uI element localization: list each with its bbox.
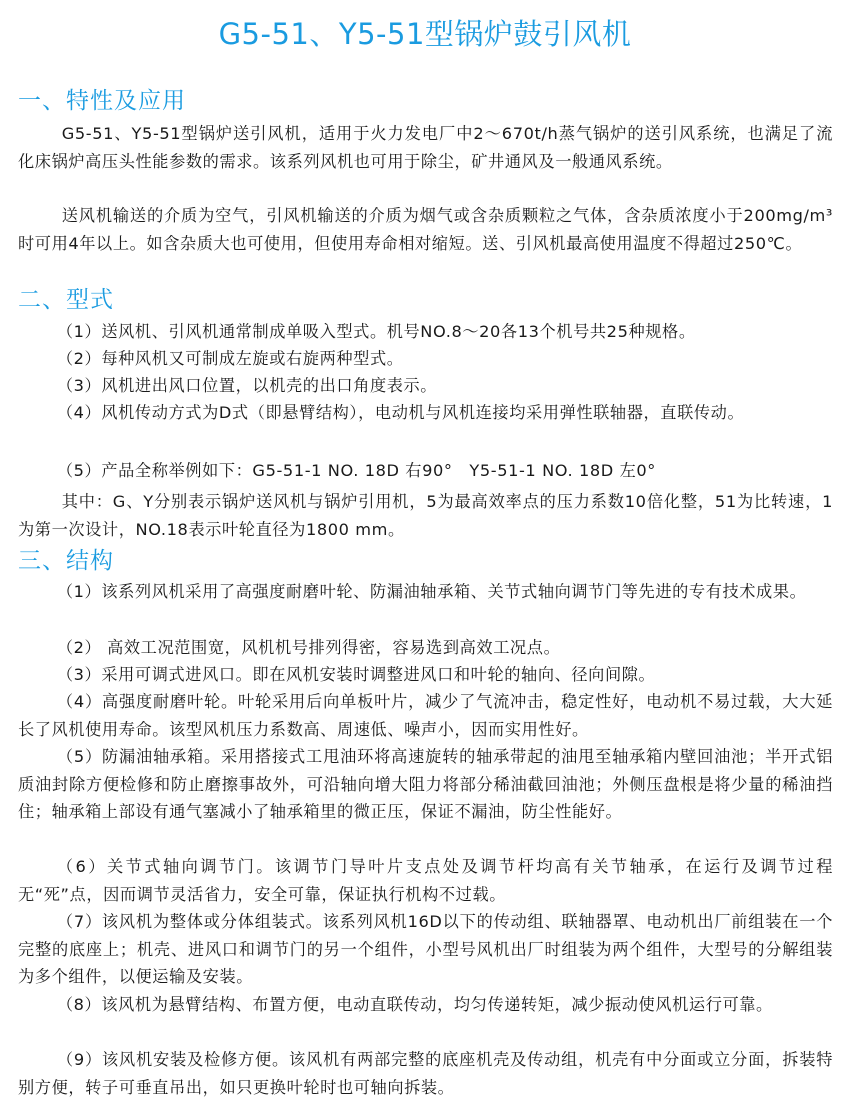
section-heading-types: 二、型式 <box>18 285 114 315</box>
paragraph-types-6: 其中：G、Y分别表示锅炉送风机与锅炉引用机，5为最高效率点的压力系数10倍化整，… <box>18 488 833 543</box>
paragraph-types-4: （4）风机传动方式为D式（即悬臂结构），电动机与风机连接均采用弹性联轴器，直联传… <box>18 399 833 427</box>
paragraph-features-2: 送风机输送的介质为空气，引风机输送的介质为烟气或含杂质颗粒之气体，含杂质浓度小于… <box>18 202 833 257</box>
paragraph-structure-5: （5）防漏油轴承箱。采用搭接式工甩油环将高速旋转的轴承带起的油甩至轴承箱内壁回油… <box>18 743 833 826</box>
paragraph-structure-3: （3）采用可调式进风口。即在风机安装时调整进风口和叶轮的轴向、径向间隙。 <box>18 661 833 689</box>
paragraph-types-3: （3）风机进出风口位置，以机壳的出口角度表示。 <box>18 372 833 400</box>
paragraph-structure-4: （4）高强度耐磨叶轮。叶轮采用后向单板叶片，减少了气流冲击，稳定性好，电动机不易… <box>18 688 833 743</box>
paragraph-structure-1: （1）该系列风机采用了高强度耐磨叶轮、防漏油轴承箱、关节式轴向调节门等先进的专有… <box>18 578 833 606</box>
paragraph-structure-7: （7）该风机为整体或分体组装式。该系列风机16D以下的传动组、联轴器罩、电动机出… <box>18 908 833 991</box>
paragraph-types-5: （5）产品全称举例如下：G5-51-1 NO. 18D 右90° Y5-51-1… <box>18 457 833 485</box>
section-heading-structure: 三、结构 <box>18 546 114 576</box>
paragraph-structure-2: （2） 高效工况范围宽，风机机号排列得密，容易选到高效工况点。 <box>18 634 833 662</box>
paragraph-features-1: G5-51、Y5-51型锅炉送引风机，适用于火力发电厂中2～670t/h蒸气锅炉… <box>18 120 833 175</box>
section-heading-features: 一、特性及应用 <box>18 86 186 116</box>
paragraph-structure-9: （9）该风机安装及检修方便。该风机有两部完整的底座机壳及传动组，机壳有中分面或立… <box>18 1046 833 1101</box>
paragraph-types-1: （1）送风机、引风机通常制成单吸入型式。机号NO.8～20各13个机号共25种规… <box>18 318 833 346</box>
document-page: G5-51、Y5-51型锅炉鼓引风机 一、特性及应用 G5-51、Y5-51型锅… <box>0 0 850 1110</box>
paragraph-structure-8: （8）该风机为悬臂结构、布置方便，电动直联传动，均匀传递转矩，减少振动使风机运行… <box>18 991 833 1019</box>
page-title: G5-51、Y5-51型锅炉鼓引风机 <box>0 14 850 54</box>
paragraph-types-2: （2）每种风机又可制成左旋或右旋两种型式。 <box>18 345 833 373</box>
paragraph-structure-6: （6）关节式轴向调节门。该调节门导叶片支点处及调节杆均高有关节轴承，在运行及调节… <box>18 853 833 908</box>
